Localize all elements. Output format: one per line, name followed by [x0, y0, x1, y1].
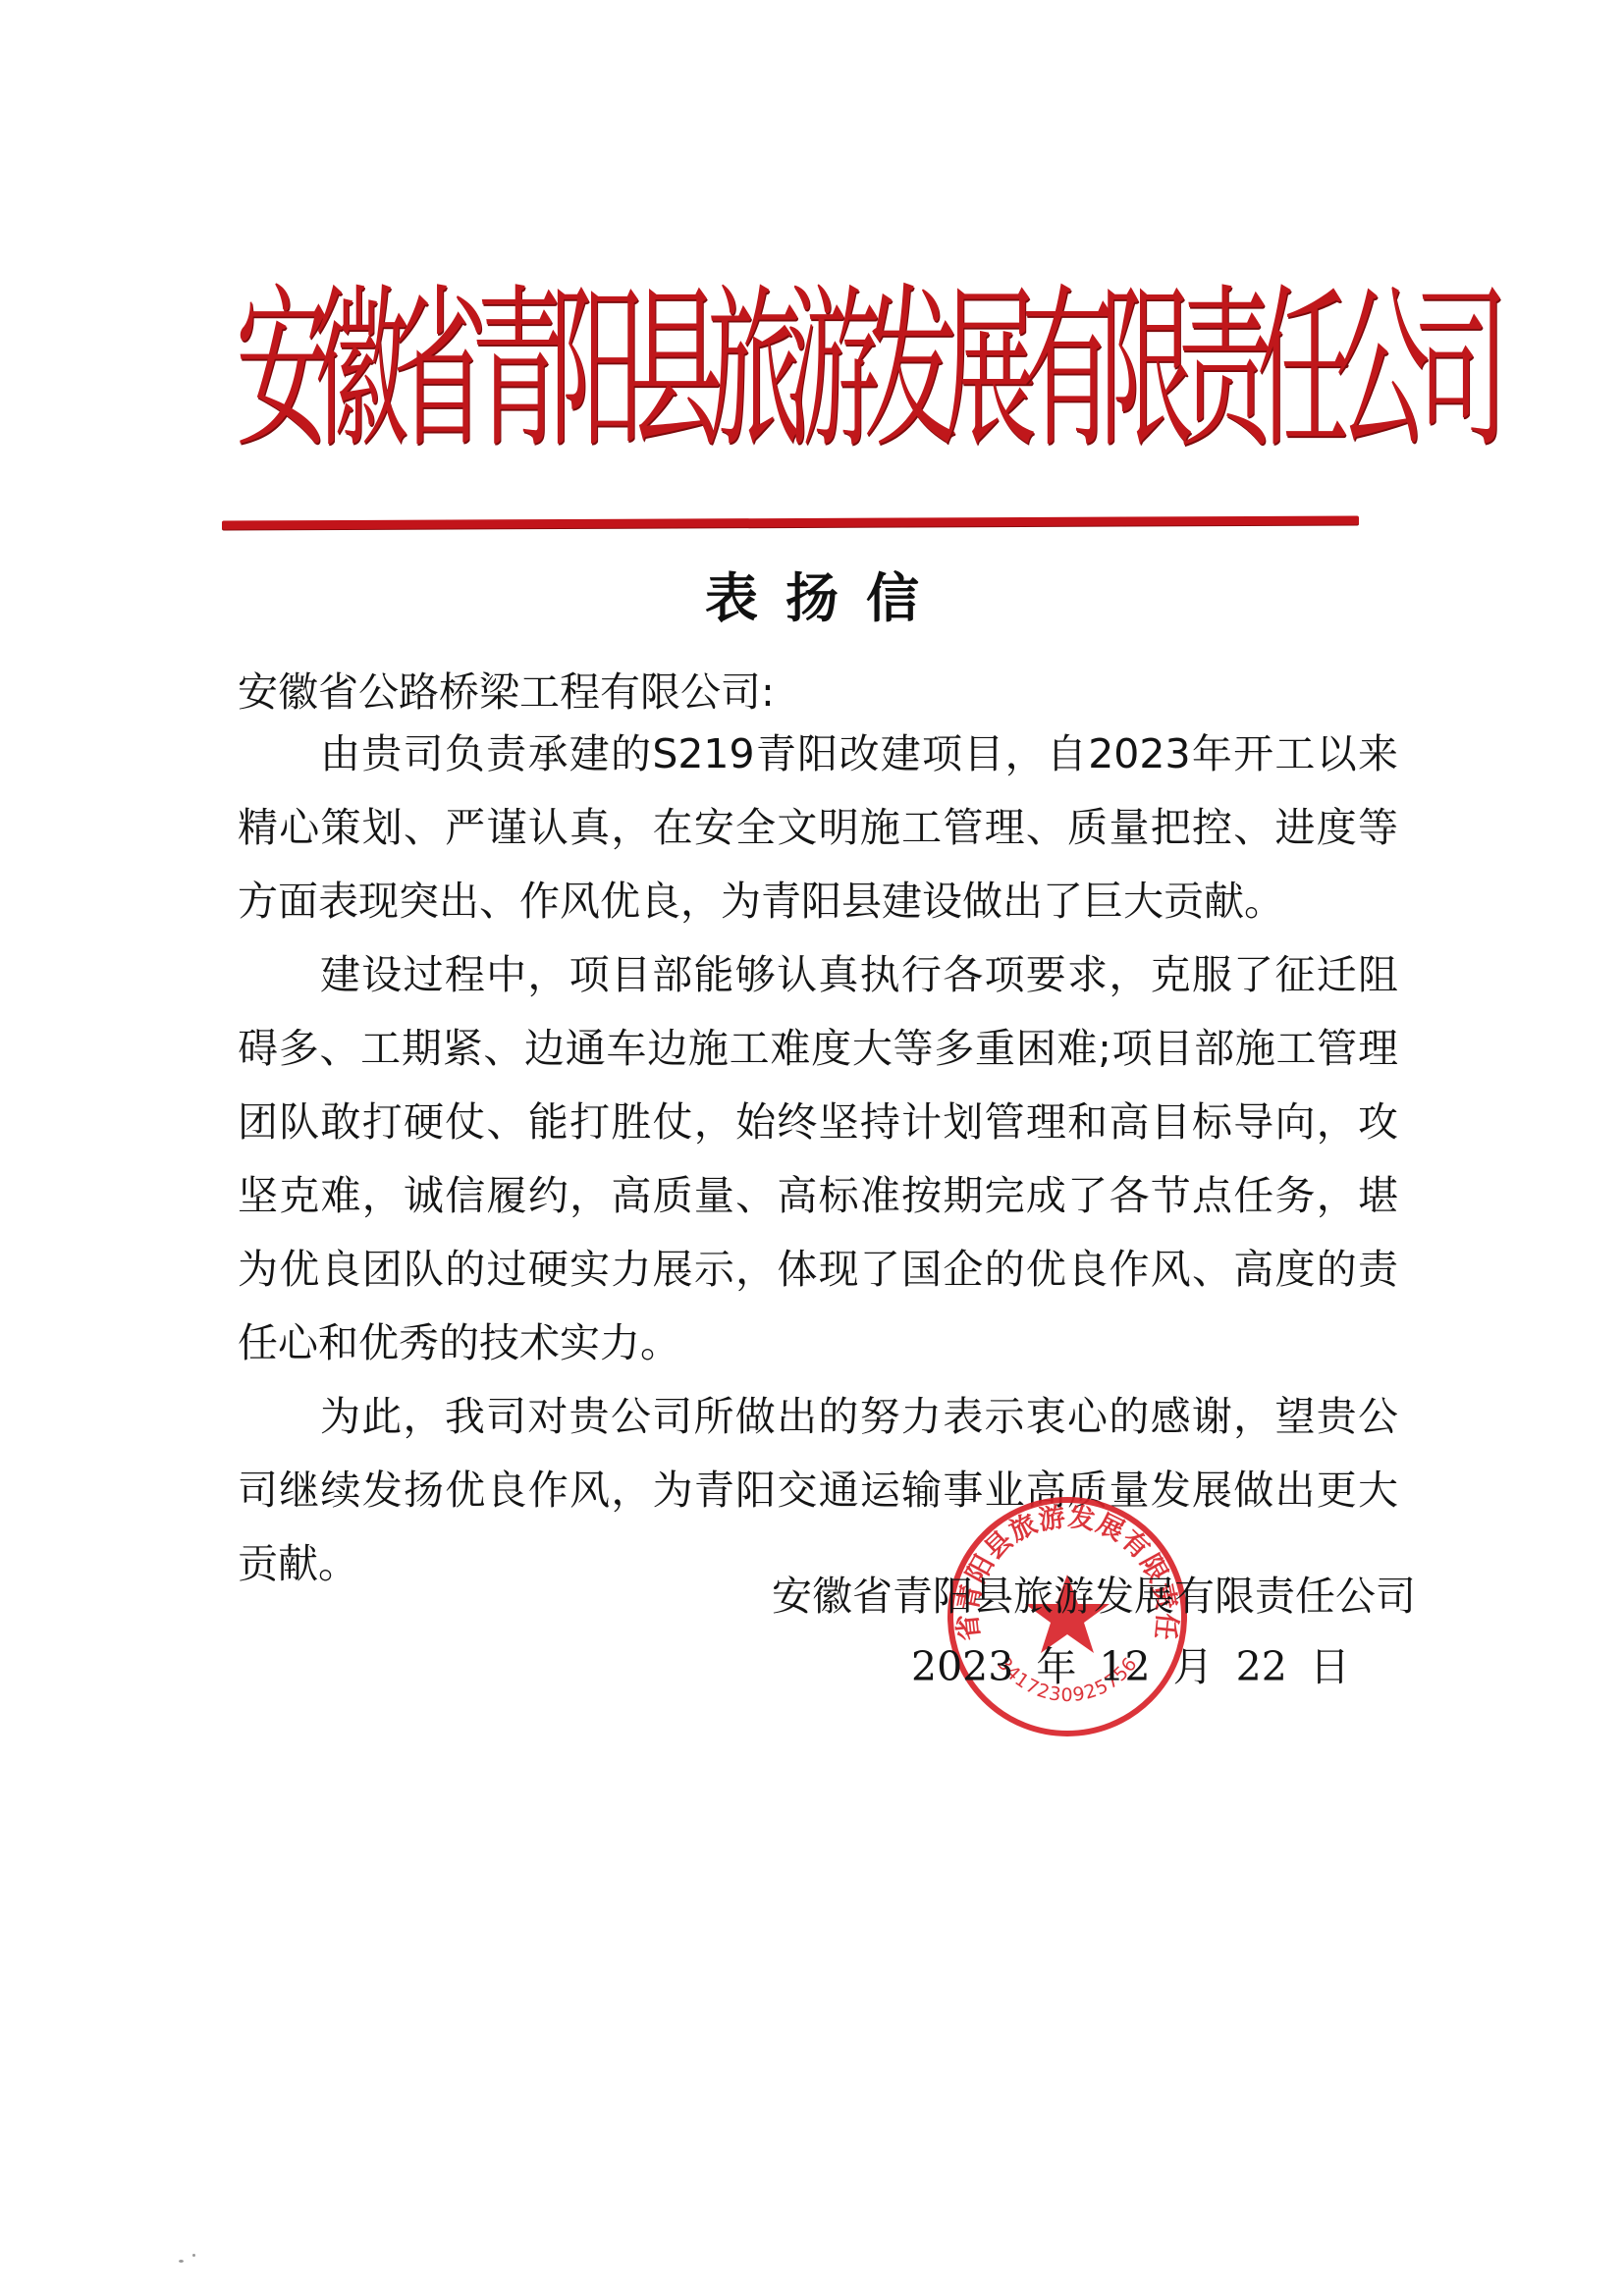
letter-page: 安 徽 省 青 阳 县 旅 游 发 展 有 限 责 任 公 司 表扬信 安徽省公…: [0, 0, 1624, 2296]
letterhead-char: 青: [471, 197, 550, 543]
letterhead-char: 游: [785, 197, 864, 543]
letterhead-char: 阳: [550, 197, 628, 543]
signature-date: 2023 年 12 月 22 日: [911, 1637, 1350, 1696]
signature-company: 安徽省青阳县旅游发展有限责任公司: [772, 1567, 1416, 1626]
letterhead-char: 旅: [707, 197, 785, 543]
scan-speck: [192, 2254, 195, 2257]
letterhead-company-name: 安 徽 省 青 阳 县 旅 游 发 展 有 限 责 任 公 司: [236, 277, 1355, 463]
scan-speck: [550, 1497, 553, 1500]
scan-speck: [179, 2260, 184, 2263]
letterhead-char: 公: [1335, 197, 1414, 543]
letter-body: 由贵司负责承建的S219青阳改建项目，自2023年开工以来精心策划、严谨认真，在…: [238, 718, 1398, 1601]
letterhead-char: 安: [236, 197, 314, 543]
letterhead-char: 司: [1414, 197, 1492, 543]
letterhead-char: 省: [393, 197, 471, 543]
letterhead-char: 徽: [314, 197, 393, 543]
letterhead-char: 发: [864, 197, 943, 543]
paragraph-2: 建设过程中，项目部能够认真执行各项要求，克服了征迁阻碍多、工期紧、边通车边施工难…: [238, 938, 1398, 1380]
letterhead-char: 县: [628, 197, 707, 543]
letterhead-char: 有: [1021, 197, 1100, 543]
paragraph-1: 由贵司负责承建的S219青阳改建项目，自2023年开工以来精心策划、严谨认真，在…: [238, 718, 1398, 938]
letterhead-char: 责: [1178, 197, 1257, 543]
letterhead-char: 展: [943, 197, 1021, 543]
letterhead-char: 任: [1257, 197, 1335, 543]
document-title: 表扬信: [0, 564, 1624, 633]
letterhead-char: 限: [1100, 197, 1178, 543]
